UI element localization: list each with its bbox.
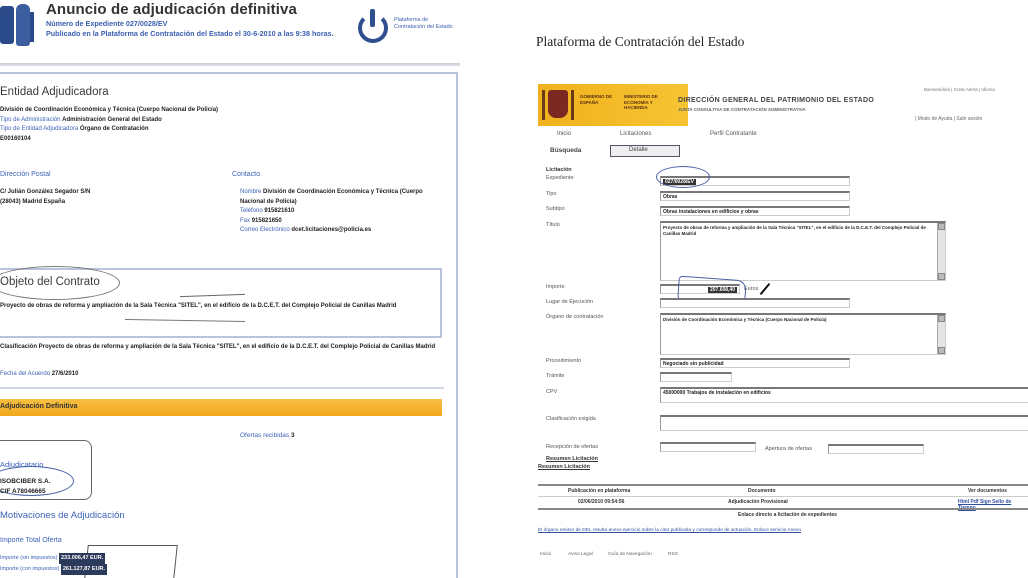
nav-inicio[interactable]: Inicio bbox=[557, 131, 571, 137]
phone-label: Teléfono bbox=[240, 208, 263, 214]
field-label: Importe bbox=[546, 284, 565, 290]
nav-perfil-contratante[interactable]: Perfil Contratante bbox=[710, 131, 757, 137]
notice-title: Anuncio de adjudicación definitiva bbox=[46, 1, 297, 18]
contact-details: Nombre División de Coordinación Económic… bbox=[240, 188, 430, 236]
email-label: Correo Electrónico bbox=[240, 227, 290, 233]
fecha-value: 27/6/2010 bbox=[52, 371, 79, 377]
procedimiento-field[interactable]: Negociado sin publicidad bbox=[660, 358, 850, 368]
form-section-label: Licitación bbox=[546, 167, 572, 173]
field-value: División de Coordinación Económica y Téc… bbox=[663, 317, 827, 322]
ministry-label: MINISTERIO DE ECONOMÍA Y HACIENDA bbox=[624, 94, 664, 111]
platform-logo-text: Plataforma de Contratación del Estado bbox=[394, 17, 454, 30]
top-links[interactable]: Bienvenido/a | Crear Alerta | Idioma bbox=[924, 87, 995, 92]
fax-label: Fax bbox=[240, 218, 250, 224]
entity-type-value: Órgano de Contratación bbox=[80, 126, 149, 132]
field-label: Recepción de ofertas bbox=[546, 444, 598, 450]
government-banner: GOBIERNO DE ESPAÑA MINISTERIO DE ECONOMÍ… bbox=[538, 84, 688, 126]
ofertas-recibidas: Ofertas recibidas 3 bbox=[240, 432, 295, 439]
field-label: Título bbox=[546, 222, 560, 228]
help-links[interactable]: | Modo de Ayuda | Salir sesión bbox=[915, 116, 982, 122]
adjudicatario-cif: CIF A78046665 bbox=[0, 487, 51, 497]
contacto-heading: Contacto bbox=[232, 171, 260, 178]
subtipo-field[interactable]: Obras instalaciones en edificios y obras bbox=[660, 206, 850, 216]
entidad-heading: Entidad Adjudicadora bbox=[0, 86, 109, 98]
column-header: Publicación en plataforma bbox=[568, 488, 630, 494]
admin-type-value: Administración General del Estado bbox=[62, 117, 162, 123]
importe-sin-label: Importe (sin impuestos) bbox=[0, 555, 57, 561]
cell-fecha: 02/06/2010 09:54:56 bbox=[578, 499, 624, 505]
page-title: Plataforma de Contratación del Estado bbox=[536, 34, 744, 50]
fecha-label: Fecha del Acuerdo bbox=[0, 371, 50, 377]
admin-type-label: Tipo de Administración bbox=[0, 117, 60, 123]
scrollbar[interactable] bbox=[937, 315, 945, 354]
table-row: 02/06/2010 09:54:56 Adjudicación Provisi… bbox=[538, 496, 1028, 508]
handwritten-circle bbox=[656, 166, 710, 188]
currency-label: Euros bbox=[744, 286, 758, 292]
field-label: Apertura de ofertas bbox=[765, 446, 812, 452]
entity-code: E00160104 bbox=[0, 135, 420, 145]
column-header: Ver documentos bbox=[968, 488, 1007, 494]
address-line: (28043) Madrid España bbox=[0, 198, 90, 208]
field-label: Trámite bbox=[546, 373, 564, 379]
adjudicatario-name: ISOBCIBER S.A. bbox=[0, 477, 51, 487]
expediente-number: Número de Expediente 027/0028/EV bbox=[46, 19, 336, 29]
resumen-link[interactable]: Resumen Licitación bbox=[538, 464, 590, 470]
address-line: C/ Julián González Segador S/N bbox=[0, 188, 90, 198]
field-label: Lugar de Ejecución bbox=[546, 299, 593, 305]
column-header: Documento bbox=[748, 488, 776, 494]
motivos-heading: Motivaciones de Adjudicación bbox=[0, 510, 125, 521]
field-label: Expediente bbox=[546, 175, 574, 181]
clasificacion-text: Clasificación Proyecto de obras de refor… bbox=[0, 343, 440, 353]
titulo-textarea[interactable]: Proyecto de obras de reforma y ampliació… bbox=[660, 221, 946, 281]
cpv-field[interactable]: 45000000 Trabajos de instalación en edif… bbox=[660, 387, 1028, 403]
oferta-heading: Importe Total Oferta bbox=[0, 537, 62, 544]
ofertas-value: 3 bbox=[291, 432, 295, 439]
field-label: Tipo bbox=[546, 191, 557, 197]
platform-detail-printout: Plataforma de Contratación del Estado GO… bbox=[520, 0, 1028, 578]
scrollbar[interactable] bbox=[937, 223, 945, 280]
field-label: Clasificación exigida bbox=[546, 416, 596, 422]
entity-type-label: Tipo de Entidad Adjudicadora bbox=[0, 126, 78, 132]
importe-sin-value: 233.006,47 EUR. bbox=[59, 553, 105, 564]
dg-title: DIRECCIÓN GENERAL DEL PATRIMONIO DEL EST… bbox=[678, 97, 874, 104]
adjudicatario-details: ISOBCIBER S.A. CIF A78046665 bbox=[0, 477, 51, 497]
adjudicatario-label: Adjudicatario bbox=[0, 460, 43, 469]
organo-textarea[interactable]: División de Coordinación Económica y Téc… bbox=[660, 313, 946, 355]
direccion-heading: Dirección Postal bbox=[0, 171, 51, 178]
documents-table: Publicación en plataforma Documento Ver … bbox=[538, 484, 1028, 520]
header-divider bbox=[0, 63, 460, 66]
fax-value: 915821650 bbox=[252, 218, 282, 224]
field-value: Proyecto de obras de reforma y ampliació… bbox=[663, 225, 926, 236]
notice-subtitle: Número de Expediente 027/0028/EV Publica… bbox=[46, 19, 336, 38]
tab-detalle[interactable]: Detalle bbox=[610, 145, 680, 157]
footer-link[interactable]: Guía de Navegación bbox=[608, 552, 652, 557]
publication-info: Publicado en la Plataforma de Contrataci… bbox=[46, 29, 336, 39]
postal-address: C/ Julián González Segador S/N (28043) M… bbox=[0, 188, 90, 207]
entidad-details: División de Coordinación Económica y Téc… bbox=[0, 106, 420, 144]
resumen-link[interactable]: Resumen Licitación bbox=[546, 456, 598, 462]
section-divider bbox=[0, 387, 444, 389]
tramite-field[interactable] bbox=[660, 372, 732, 382]
phone-value: 915821610 bbox=[264, 208, 294, 214]
recepcion-field[interactable] bbox=[660, 442, 756, 452]
table-header: Publicación en plataforma Documento Ver … bbox=[538, 484, 1028, 496]
entidad-name: División de Coordinación Económica y Téc… bbox=[0, 106, 420, 116]
objeto-description: Proyecto de obras de reforma y ampliació… bbox=[0, 302, 438, 312]
ofertas-label: Ofertas recibidas bbox=[240, 432, 289, 439]
spain-coat-of-arms-icon bbox=[548, 90, 568, 118]
importe-con-label: Importe (con impuestos) bbox=[0, 566, 59, 572]
disclaimer-link[interactable]: El órgano emisor de DEL resulta anexo ej… bbox=[538, 528, 801, 533]
apertura-field[interactable] bbox=[828, 444, 924, 454]
importe-details: Importe (sin impuestos) 233.006,47 EUR. … bbox=[0, 553, 107, 575]
email-value[interactable]: dcet.licitaciones@policia.es bbox=[291, 227, 371, 233]
cell-documento: Adjudicación Provisional bbox=[728, 499, 788, 505]
fecha-acuerdo: Fecha del Acuerdo 27/6/2010 bbox=[0, 370, 78, 380]
lugar-field[interactable] bbox=[660, 298, 850, 308]
pencil-mark-icon bbox=[760, 283, 771, 295]
dg-subtitle: JUNTA CONSULTIVA DE CONTRATACIÓN ADMINIS… bbox=[678, 107, 806, 112]
field-label: Órgano de contratación bbox=[546, 314, 603, 320]
field-label: Procedimiento bbox=[546, 358, 581, 364]
clasificacion-field[interactable] bbox=[660, 415, 1028, 431]
footer-link[interactable]: Inicio bbox=[540, 552, 551, 557]
contact-name-label: Nombre bbox=[240, 189, 261, 195]
search-label: Búsqueda bbox=[550, 147, 581, 154]
ministry-label: GOBIERNO DE ESPAÑA bbox=[580, 94, 620, 105]
spain-coat-of-arms-icon bbox=[0, 2, 34, 48]
importe-con-value: 261.127,87 EUR. bbox=[61, 564, 107, 575]
adjudication-notice-document: Anuncio de adjudicación definitiva Númer… bbox=[0, 0, 470, 578]
nav-licitaciones[interactable]: Licitaciones bbox=[620, 131, 651, 137]
field-label: Subtipo bbox=[546, 206, 565, 212]
footer-link[interactable]: Aviso Legal bbox=[568, 552, 593, 557]
tipo-field[interactable]: Obras bbox=[660, 191, 850, 201]
contact-name-value: División de Coordinación Económica y Téc… bbox=[240, 189, 423, 205]
table-footer: Enlace directo a licitación de expedient… bbox=[538, 508, 1028, 520]
platform-logo: Plataforma de Contratación del Estado bbox=[356, 9, 456, 49]
adjudicacion-heading: Adjudicación Definitiva bbox=[0, 403, 77, 410]
footer-link[interactable]: RSS bbox=[668, 552, 678, 557]
table-footer-text: Enlace directo a licitación de expedient… bbox=[738, 512, 837, 518]
field-label: CPV bbox=[546, 389, 557, 395]
